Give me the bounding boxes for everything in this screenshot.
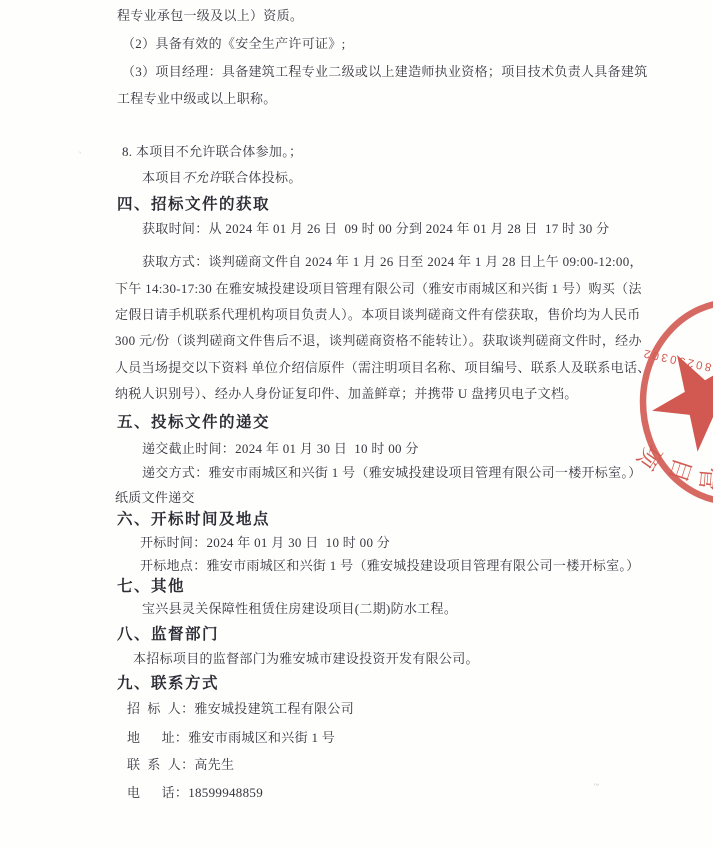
official-seal: 80250302 项 目 管 (628, 290, 713, 530)
seal-char-2: 目 (663, 454, 695, 485)
section-4-line-1: 获取时间：从 2024 年 01 月 26 日 09 时 00 分到 2024 … (142, 221, 609, 236)
section-7-line-1: 宝兴县灵关保障性租赁住房建设项目(二期)防水工程。 (142, 601, 457, 616)
qualification-item-2: （2）具备有效的《安全生产许可证》; (122, 36, 346, 51)
section-5-heading: 五、投标文件的递交 (117, 414, 270, 432)
joint-venture-note-line: 本项目不允许联合体投标。 (142, 170, 302, 185)
section-5-line-3: 纸质文件递交 (115, 490, 195, 505)
section-6-line-2: 开标地点：雅安市雨城区和兴街 1 号（雅安城投建设项目管理有限公司一楼开标室。） (140, 558, 640, 573)
section-4-line-4: 定假日请手机联系代理机构项目负责人）。本项目谈判磋商文件有偿获取，售价均为人民币 (115, 307, 641, 322)
section-7-heading: 七、其他 (117, 578, 185, 596)
qualification-item-3: （3）项目经理：具备建筑工程专业二级或以上建造师执业资格；项目技术负责人具备建筑 (122, 64, 648, 79)
section-8-heading: 八、监督部门 (117, 626, 219, 644)
seal-serial-digits: 80250302 (641, 346, 713, 373)
document-page: 程专业承包一级及以上）资质。 （2）具备有效的《安全生产许可证》; （3）项目经… (0, 0, 713, 847)
section-4-line-2: 获取方式：谈判磋商文件自 2024 年 1 月 26 日至 2024 年 1 月… (142, 254, 643, 269)
section-6-heading: 六、开标时间及地点 (117, 511, 270, 529)
section-8-line-1: 本招标项目的监督部门为雅安城市建设投资开发有限公司。 (133, 651, 479, 666)
section-9-heading: 九、联系方式 (117, 675, 219, 693)
seal-ring (643, 302, 713, 502)
qualification-cont-line: 程专业承包一级及以上）资质。 (117, 8, 303, 23)
section-5-line-1: 递交截止时间：2024 年 01 月 30 日 10 时 00 分 (142, 441, 419, 456)
note-pre: 本项目 (142, 170, 182, 185)
section-4-line-6: 人员当场提交以下资料 单位介绍信原件（需注明项目名称、项目编号、联系人及联系电话… (115, 360, 651, 375)
note-emphasis: 不允许 (182, 170, 222, 185)
contact-phone-line: 电 话：18599948859 (127, 785, 263, 800)
section-4-line-5: 300 元/份（谈判磋商文件售后不退，谈判磋商资格不能转让）。获取谈判磋商文件时… (115, 333, 642, 348)
scan-speck: ` (73, 150, 83, 161)
section-4-line-7: 纳税人识别号）、经办人身份证复印件、加盖鲜章；并携带 U 盘拷贝电子文档。 (115, 386, 578, 401)
qualification-item-8: 8. 本项目不允许联合体参加。； (122, 144, 302, 159)
contact-person-line: 联 系 人：高先生 (127, 757, 234, 772)
contact-bidder-line: 招 标 人：雅安城投建筑工程有限公司 (127, 701, 354, 716)
seal-char-3: 管 (694, 465, 713, 491)
contact-address-line: 地 址：雅安市雨城区和兴街 1 号 (127, 730, 335, 745)
section-6-line-1: 开标时间：2024 年 01 月 30 日 10 时 00 分 (140, 535, 390, 550)
note-post: 联合体投标。 (222, 170, 302, 185)
qualification-item-3-cont: 工程专业中级或以上职称。 (117, 91, 277, 106)
scan-speck: ~ (594, 780, 599, 791)
seal-star-icon (634, 330, 713, 461)
section-5-line-2: 递交方式：雅安市雨城区和兴街 1 号（雅安城投建设项目管理有限公司一楼开标室。） (142, 465, 642, 480)
section-4-line-3: 下午 14:30-17:30 在雅安城投建设项目管理有限公司（雅安市雨城区和兴街… (115, 281, 642, 296)
section-4-heading: 四、招标文件的获取 (117, 196, 270, 214)
